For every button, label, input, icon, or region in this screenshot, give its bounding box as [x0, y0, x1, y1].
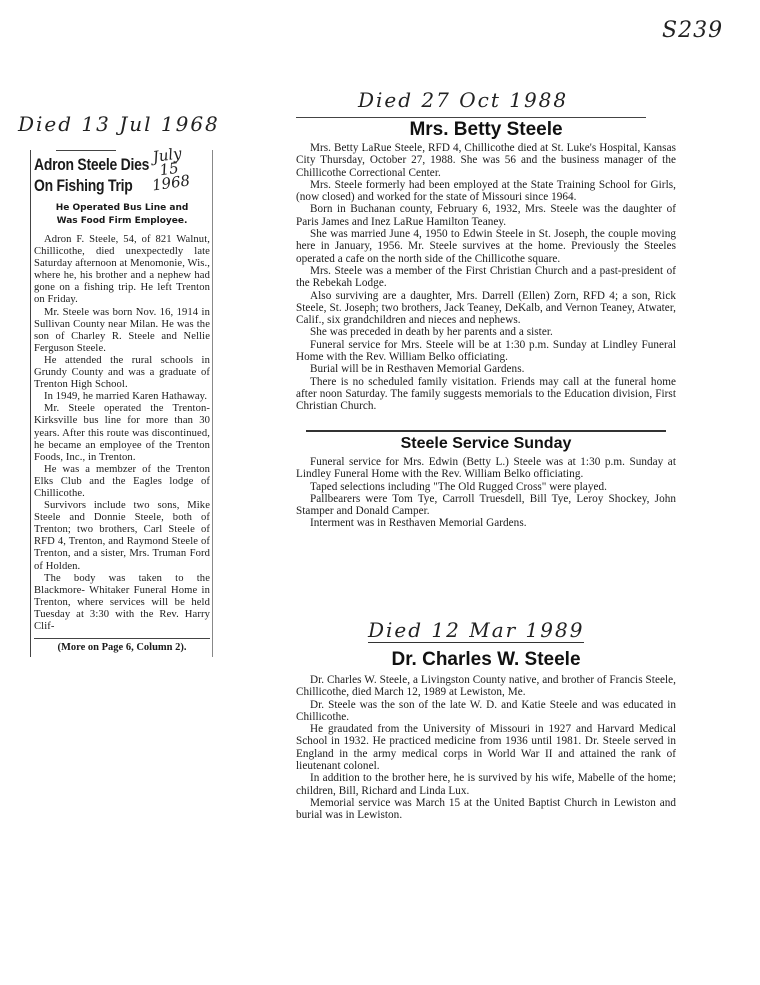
paragraph: Interment was in Resthaven Memorial Gard…	[296, 517, 676, 529]
clipping-adron-steele: Adron Steele Dies On Fishing Trip He Ope…	[30, 150, 213, 657]
headline-adron: Adron Steele Dies On Fishing Trip	[34, 154, 178, 196]
paragraph: Memorial service was March 15 at the Uni…	[296, 797, 676, 822]
clipping-steele-service: Steele Service Sunday Funeral service fo…	[296, 430, 676, 530]
paragraph: Mrs. Betty LaRue Steele, RFD 4, Chillico…	[296, 142, 676, 179]
article-body-charles: Dr. Charles W. Steele, a Livingston Coun…	[296, 674, 676, 822]
paragraph: There is no scheduled family visitation.…	[296, 376, 676, 413]
paragraph: Born in Buchanan county, February 6, 193…	[296, 203, 676, 228]
paragraph: The body was taken to the Blackmore- Whi…	[34, 573, 210, 633]
handwritten-page-number: S239	[662, 18, 723, 43]
headline-charles: Dr. Charles W. Steele	[296, 648, 676, 672]
headline-service: Steele Service Sunday	[296, 434, 676, 454]
paragraph: He graudated from the University of Miss…	[296, 723, 676, 772]
paragraph: Adron F. Steele, 54, of 821 Walnut, Chil…	[34, 234, 210, 307]
paragraph: In addition to the brother here, he is s…	[296, 772, 676, 797]
clipping-charles-steele: Dr. Charles W. Steele Dr. Charles W. Ste…	[296, 648, 676, 822]
handwritten-death-date-adron: Died 13 Jul 1968	[18, 112, 220, 136]
paragraph: Funeral service for Mrs. Edwin (Betty L.…	[296, 456, 676, 481]
headline-line-2: On Fishing Trip	[34, 175, 178, 196]
divider	[56, 150, 116, 151]
headline-betty: Mrs. Betty Steele	[296, 119, 676, 141]
handwritten-death-date-charles: Died 12 Mar 1989	[368, 618, 584, 643]
paragraph: Pallbearers were Tom Tye, Carroll Truesd…	[296, 493, 676, 518]
headline-line-1: Adron Steele Dies	[34, 154, 178, 175]
paragraph: Survivors include two sons, Mike Steele …	[34, 500, 210, 573]
subheadline-line-2: Was Food Firm Employee.	[34, 215, 210, 228]
subheadline-line-1: He Operated Bus Line and	[34, 202, 210, 215]
paragraph: Dr. Steele was the son of the late W. D.…	[296, 699, 676, 724]
divider	[296, 117, 646, 118]
paragraph: She was married June 4, 1950 to Edwin St…	[296, 228, 676, 265]
paragraph: Mr. Steele operated the Trenton-Kirksvil…	[34, 403, 210, 463]
paragraph: Mr. Steele was born Nov. 16, 1914 in Sul…	[34, 307, 210, 355]
paragraph: In 1949, he married Karen Hathaway.	[34, 391, 210, 403]
continuation-note: (More on Page 6, Column 2).	[34, 638, 210, 653]
divider	[306, 430, 666, 432]
paragraph: Taped selections including "The Old Rugg…	[296, 481, 676, 493]
article-body-adron: Adron F. Steele, 54, of 821 Walnut, Chil…	[34, 234, 210, 633]
paragraph: Dr. Charles W. Steele, a Livingston Coun…	[296, 674, 676, 699]
paragraph: Funeral service for Mrs. Steele will be …	[296, 339, 676, 364]
subheadline-adron: He Operated Bus Line and Was Food Firm E…	[34, 202, 210, 228]
paragraph: He was a membzer of the Trenton Elks Clu…	[34, 464, 210, 500]
paragraph: Mrs. Steele was a member of the First Ch…	[296, 265, 676, 290]
handwritten-death-date-betty: Died 27 Oct 1988	[358, 88, 568, 112]
paragraph: She was preceded in death by her parents…	[296, 326, 676, 338]
paragraph: He attended the rural schools in Grundy …	[34, 355, 210, 391]
clipping-betty-steele: Mrs. Betty Steele Mrs. Betty LaRue Steel…	[296, 117, 676, 413]
paragraph: Mrs. Steele formerly had been employed a…	[296, 179, 676, 204]
paragraph: Burial will be in Resthaven Memorial Gar…	[296, 363, 676, 375]
article-body-betty: Mrs. Betty LaRue Steele, RFD 4, Chillico…	[296, 142, 676, 413]
paragraph: Also surviving are a daughter, Mrs. Darr…	[296, 290, 676, 327]
article-body-service: Funeral service for Mrs. Edwin (Betty L.…	[296, 456, 676, 530]
